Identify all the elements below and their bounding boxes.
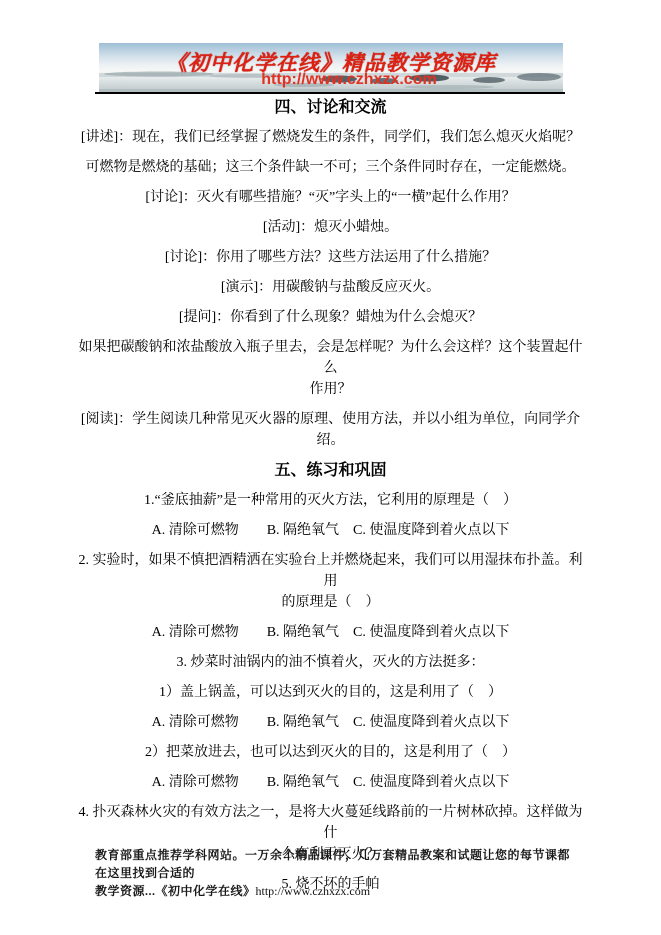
- question-3-sub-1: 1）盖上锅盖，可以达到灭火的目的，这是利用了（ ）: [74, 682, 587, 703]
- options-q2: A. 清除可燃物 B. 隔绝氧气 C. 使温度降到着火点以下: [74, 622, 587, 643]
- paragraph: [演示]：用碳酸钠与盐酸反应灭火。: [74, 277, 587, 298]
- paragraph: [提问]：你看到了什么现象？蜡烛为什么会熄灭？: [74, 307, 587, 328]
- divider: [95, 92, 565, 94]
- paragraph: [讲述]：现在，我们已经掌握了燃烧发生的条件，同学们，我们怎么熄灭火焰呢？: [74, 127, 587, 148]
- paragraph: 可燃物是燃烧的基础；这三个条件缺一不可；三个条件同时存在，一定能燃烧。: [74, 157, 587, 178]
- paragraph: [活动]：熄灭小蜡烛。: [74, 217, 587, 238]
- paragraph: [阅读]：学生阅读几种常见灭火器的原理、使用方法，并以小组为单位，向同学介绍。: [74, 409, 587, 451]
- document-body: 四、讨论和交流 [讲述]：现在，我们已经掌握了燃烧发生的条件，同学们，我们怎么熄…: [74, 97, 587, 904]
- options-q3-2: A. 清除可燃物 B. 隔绝氧气 C. 使温度降到着火点以下: [74, 772, 587, 793]
- question-2: 2. 实验时，如果不慎把酒精洒在实验台上并燃烧起来，我们可以用湿抹布扑盖。利用 …: [74, 550, 587, 613]
- banner-url: http://www.czhxzx.com: [117, 71, 563, 89]
- question-3: 3. 炒菜时油锅内的油不慎着火，灭火的方法挺多：: [74, 652, 587, 673]
- section-heading-discussion: 四、讨论和交流: [74, 97, 587, 118]
- page: 《初中化学在线》精品教学资源库 http://www.czhxzx.com 四、…: [0, 0, 661, 935]
- section-heading-practice: 五、练习和巩固: [74, 460, 587, 481]
- paragraph: [讨论]：灭火有哪些措施？“灭”字头上的“一横”起什么作用？: [74, 187, 587, 208]
- page-footer: 教育部重点推荐学科网站。一万余个精品课件，几万套精品教案和试题让您的每节课都在这…: [95, 846, 573, 900]
- options-q3-1: A. 清除可燃物 B. 隔绝氧气 C. 使温度降到着火点以下: [74, 712, 587, 733]
- options-q1: A. 清除可燃物 B. 隔绝氧气 C. 使温度降到着火点以下: [74, 520, 587, 541]
- question-3-sub-2: 2）把菜放进去，也可以达到灭火的目的，这是利用了（ ）: [74, 742, 587, 763]
- paragraph: 如果把碳酸钠和浓盐酸放入瓶子里去，会是怎样呢？为什么会这样？这个装置起什么 作用…: [74, 337, 587, 400]
- site-banner[interactable]: 《初中化学在线》精品教学资源库 http://www.czhxzx.com: [99, 43, 563, 92]
- question-1: 1.“釜底抽薪”是一种常用的灭火方法，它利用的原理是（ ）: [74, 490, 587, 511]
- footer-url[interactable]: http://www.czhxzx.com: [256, 884, 371, 898]
- paragraph: [讨论]：你用了哪些方法？这些方法运用了什么措施？: [74, 247, 587, 268]
